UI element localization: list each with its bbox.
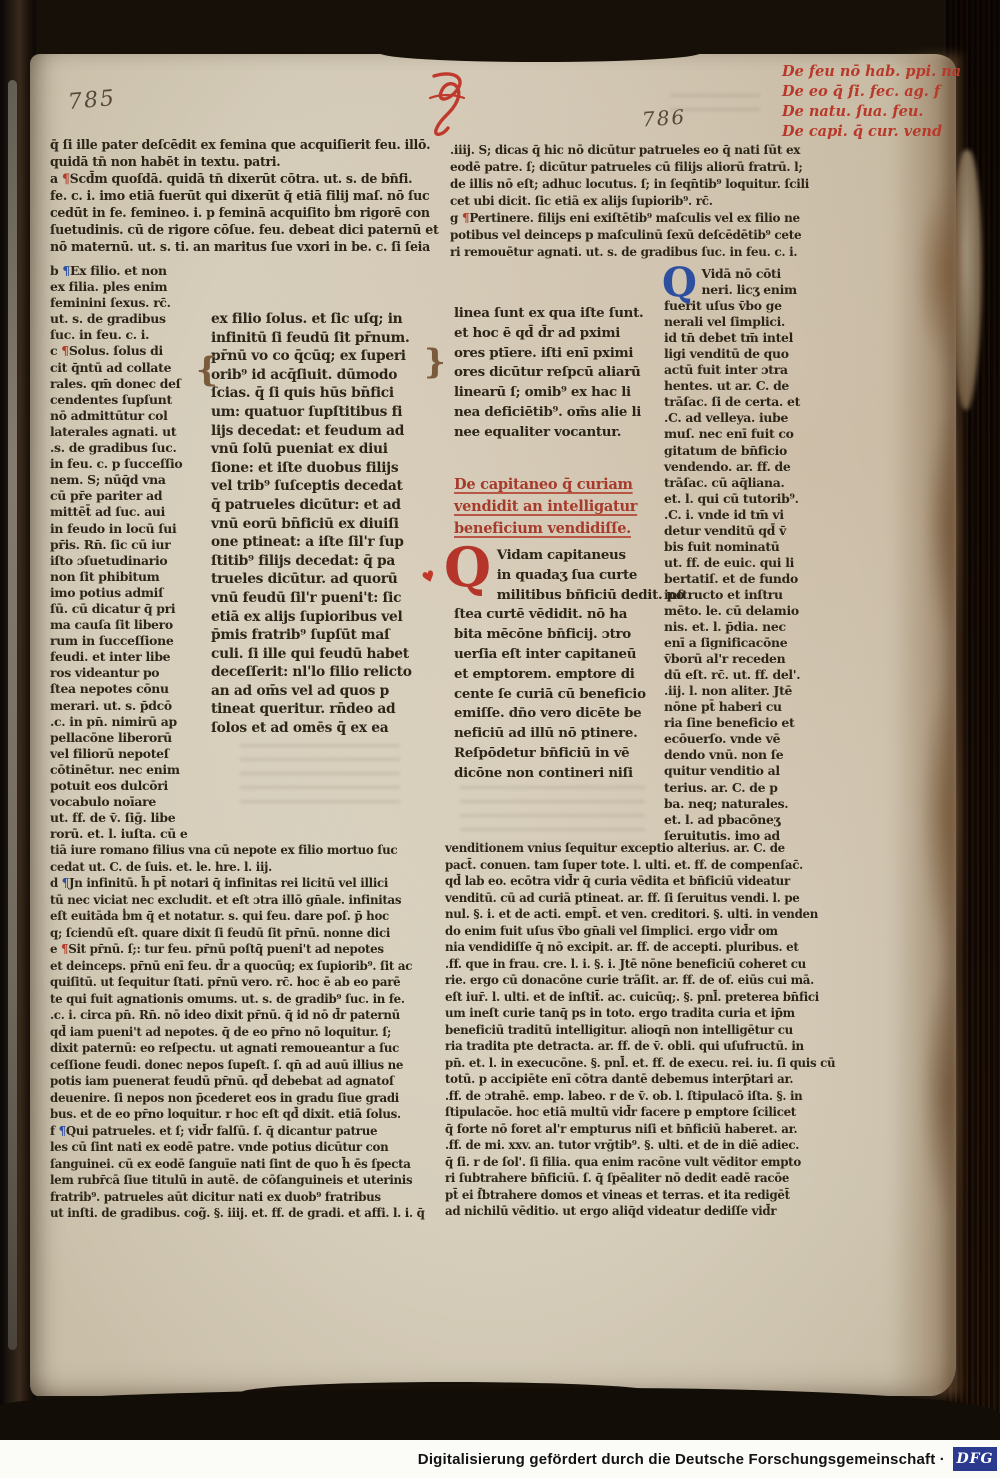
text-line: .s. de gradibus ſuc. <box>50 440 210 456</box>
blue-initial-Q: Q <box>662 266 697 298</box>
text-line: cōtinētur. nec enim <box>50 762 210 778</box>
water-stain <box>890 54 960 1396</box>
text-line: qd̄ iam pueni't ad nepotes. q̄ de eo pr̄… <box>50 1024 442 1041</box>
text-line: ut. ff. de v̄. ſiḡ. libe <box>50 810 210 826</box>
text-line: nis. et. l. p̄dia. nec <box>664 619 836 635</box>
text-line: muſ. nec enī fuit co <box>664 426 836 442</box>
text-line: ores dicūtur reſpcū aliarū <box>454 363 660 383</box>
text-line: um: quatuor ſupſtitibus fi <box>211 403 431 422</box>
text-line: De capitaneo q̄ curiam <box>454 474 660 496</box>
text-line: trueles dicūtur. ad quorū <box>211 570 431 589</box>
text-line: an ad om̄s vel ad quos p <box>211 682 431 701</box>
text-line: culi. ſi ille qui feudū habet <box>211 645 431 664</box>
text-line: bertatiſ. et de fundo <box>664 571 836 587</box>
text-line: d ¶Jn infinitū. h̄ pt̄ notari q̄ infinit… <box>50 875 442 892</box>
text-line: ſuc. in feu. c. i. <box>50 327 210 343</box>
text-line: v̄borū al'r receden <box>664 651 836 667</box>
text-line: nerali vel ſimplici. <box>664 314 836 330</box>
middle-text-column: ex filio ſolus. et ſic uſq; ininfinitū ſ… <box>211 310 431 738</box>
text-line: ba. neq; naturales. <box>664 796 836 812</box>
text-line: a ¶Scd̄m quoſdā. quidā tn̄ dixerūt cōtra… <box>50 170 426 187</box>
text-line: iſto ɔſuetudinario <box>50 553 210 569</box>
text-line: q̄ ſi. r de ſol'. ſi filia. qua enim rac… <box>445 1154 845 1171</box>
text-line: cit q̄ntū ad collate <box>50 360 210 376</box>
text-line: ſione: et iſte duobus filijs <box>211 459 431 478</box>
text-line: ut inſti. de gradibus. cog̃. §. iiij. et… <box>50 1205 442 1222</box>
text-line: pr̄nū vo co q̄cūq; ex ſuperi <box>211 347 431 366</box>
top-left-paragraph: q̄ ſi ille pater deſcēdit ex femina que … <box>50 136 426 255</box>
text-line: nul. §. i. et de acti. empt̄. et ven. cr… <box>445 906 845 923</box>
text-line: ex filio ſolus. et ſic uſq; in <box>211 310 431 329</box>
text-line: ex filia. ples enim <box>50 279 210 295</box>
text-line: rorū. et. l. iuſta. cū e <box>50 826 210 842</box>
text-line: quiſitū. ut ſequitur ſtati. pr̄nū vero. … <box>50 974 442 991</box>
text-line: te qui fuit agnationis omums. ut. s. de … <box>50 991 442 1008</box>
text-line: nea deficiētib⁹. om̄s alie li <box>454 403 660 423</box>
text-line: deceſſerit: nl'lo filio relicto <box>211 663 431 682</box>
text-line: ſcias. q̄ ſi quis hūs bn̄fici <box>211 384 431 403</box>
text-line: eſt iur̄. l. ulti. et de inſtit̄. ac. cu… <box>445 989 845 1006</box>
text-line: non ſit phibitum <box>50 569 210 585</box>
bleedthrough-smudge <box>460 786 645 844</box>
text-line: vnū eorū bn̄ficiū ex diuiſi <box>211 515 431 534</box>
text-line: in feu. c. p ſucceſſio <box>50 456 210 472</box>
text-line: et deinceps. pr̄nū enī feu. d̄r a quocūq… <box>50 958 442 975</box>
dfg-logo: DFG <box>953 1447 997 1471</box>
text-line: mēto. le. cū delamio <box>664 603 836 619</box>
chapter-heading: De capitaneo q̄ curiamvendidit an intell… <box>454 474 660 540</box>
digitization-banner: Digitalisierung gefördert durch die Deut… <box>0 1440 1000 1478</box>
text-line: do enim fuit uſus v̄bo gn̄ali vel ſimpli… <box>445 923 845 940</box>
text-line: vocabulo noīare <box>50 794 210 810</box>
folio-number-785: 785 <box>67 86 117 115</box>
text-line: rales. qm̄ donec deſ <box>50 376 210 392</box>
bleedthrough-smudge <box>240 744 400 808</box>
text-line: q̄ patrueles dicūtur: et ad <box>211 496 431 515</box>
text-line: potis iam puenerat feudū pr̄nū. qd̄ debe… <box>50 1073 442 1090</box>
text-line: potuit eos dulcōri <box>50 778 210 794</box>
far-right-gloss-column: Q Vidā nō cōtineri. licʒ enimfuerit uſus… <box>664 266 836 844</box>
red-initial-Q: Q <box>444 546 491 586</box>
bottom-left-block: tiā iure romano filius vna cū nepote ex … <box>50 842 442 1222</box>
text-line: eodē patre. ſ; dicūtur patrueles cū fili… <box>450 159 836 176</box>
text-line: imo potius admiſ <box>50 585 210 601</box>
text-line: etiā ex alijs ſupioribus vel <box>211 608 431 627</box>
text-line: venditū. cū ad curiā ptineat. ar. ff. ſi… <box>445 890 845 907</box>
text-line: p̄mis fratrib⁹ ſupſūt maſ <box>211 626 431 645</box>
text-line: trāſac. ſi de certa. et <box>664 394 836 410</box>
text-line: feudi. et inter libe <box>50 649 210 665</box>
text-line: ligi venditū de quo <box>664 346 836 362</box>
text-line: ros videantur po <box>50 665 210 681</box>
text-line: ria ſine beneficio et <box>664 715 836 731</box>
text-line: vendidit an intelligatur <box>454 496 660 518</box>
text-line: pt̄ ei ſ̄btrahere domos et vineas et ter… <box>445 1187 845 1204</box>
text-line: rum in ſucceſſione <box>50 633 210 649</box>
text-line: cedūt in fe. femineo. i. p feminā acquiſ… <box>50 204 426 221</box>
text-line: .ff. de ɔtrahē. emp. labeo. r de v̄. ob.… <box>445 1088 845 1105</box>
text-line: dū eſt. rc̄. ut. ff. del'. <box>664 667 836 683</box>
text-line: beneficiū traditū intelligitur. alioqn̄ … <box>445 1022 845 1039</box>
manuscript-page: 785 786 De feu nō hab. ppi. naDe eo q̄ ſ… <box>30 54 956 1396</box>
right-middle-paragraph: linea ſunt ex qua iſte ſunt.et hoc ē qd̄… <box>454 304 660 443</box>
far-right-gloss-lines: Vidā nō cōtineri. licʒ enimfuerit uſus v… <box>664 266 836 844</box>
text-line: tineat queritur. rn̄deo ad <box>211 700 431 719</box>
text-line: ſū. cū dicatur q̄ pri <box>50 601 210 617</box>
text-line: vel trib⁹ ſuſceptis decedat <box>211 477 431 496</box>
text-line: nia vendidiſſe q̄ nō excipit. ar. ff. de… <box>445 939 845 956</box>
text-line: inſtructo et inſtru <box>664 587 836 603</box>
text-line: et emptorem. emptore di <box>454 665 660 685</box>
text-line: qd̄ lab eo. ecōtra vid̄r q̄ curia vēdita… <box>445 873 845 890</box>
text-line: .iiij. S; dicas q̄ hic nō dicūtur patrue… <box>450 142 836 159</box>
text-line: fe. c. i. imo etiā fuerūt qui dixerūt q̄… <box>50 187 426 204</box>
text-line: vendendo. ar. ff. de <box>664 459 836 475</box>
margin-brace-right: } <box>424 342 446 382</box>
text-line: cet ubi dicit. ſic etiā ex alijs ſupiori… <box>450 193 836 210</box>
text-line: infinitū ſi feudū ſit pr̄num. <box>211 329 431 348</box>
text-line: ſanguinei. cū ex eodē ſanguīe nati ſint … <box>50 1156 442 1173</box>
text-line: nem. S; nūq̄d vna <box>50 472 210 488</box>
text-line: .ff. que in frau. cre. l. i. §. i. Jtē n… <box>445 956 845 973</box>
text-line: rie. ergo cū donacōne curie trāſit. ar. … <box>445 972 845 989</box>
text-line: dixit paternū: eo reſpectu. ut agnati re… <box>50 1040 442 1057</box>
text-line: nō maternū. ut. s. ti. an maritus ſue vx… <box>50 238 426 255</box>
text-line: De feu nō hab. ppi. na <box>782 62 961 82</box>
text-line: vnū ſolū pueniat ex diui <box>211 440 431 459</box>
text-line: ſtea curtē vēdidit. nō ha <box>454 605 660 625</box>
text-line: hentes. ut ar. C. de <box>664 378 836 394</box>
text-line: pellacōne liberorū <box>50 730 210 746</box>
text-line: pr̄is. Rn̄. ſic cū iur <box>50 537 210 553</box>
text-line: les cū ſint nati ex eodē patre. vnde pot… <box>50 1139 442 1156</box>
text-line: g ¶Pertinere. filijs eni exiſtētib⁹ maſc… <box>450 210 836 227</box>
text-line: uerſia eſt inter capitaneū <box>454 645 660 665</box>
text-line: merari. ut. s. p̄dcō <box>50 698 210 714</box>
text-line: linearū ſ; omib⁹ ex hac li <box>454 383 660 403</box>
text-line: ecōuerſo. vnde vē <box>664 731 836 747</box>
text-line: .ff. de mi. xxv. an. tutor vrḡtib⁹. §. u… <box>445 1137 845 1154</box>
text-line: emiſſe. dn̄o vero dicēte be <box>454 704 660 724</box>
text-line: .iij. l. non aliter. Jtē <box>664 683 836 699</box>
margin-brace-left: { <box>196 350 218 390</box>
text-line: ſuetudinis. cū de rigore cōſue. feu. deb… <box>50 221 426 238</box>
text-line: pn̄. et. l. in execucōne. §. pnl̄. et. f… <box>445 1055 845 1072</box>
text-line: detur venditū qd̄ v̄ <box>664 523 836 539</box>
text-line: mittēt̄ ad ſuc. aui <box>50 504 210 520</box>
text-line: fuerit uſus v̄bo ge <box>664 298 836 314</box>
text-line: lijs decedat: et feudum ad <box>211 422 431 441</box>
text-line: dendo vnū. non ſe <box>664 747 836 763</box>
bleedthrough-smudge <box>670 94 760 120</box>
right-middle-paragraph-2: Q Vidam capitaneusin quadaʒ ſua curtemil… <box>454 546 660 784</box>
text-line: De capi. q̄ cur. vend <box>782 122 961 142</box>
text-line: De eo q̄ ſi. fec. ag. f <box>782 82 961 102</box>
text-line: cedat ut. C. de ſuis. et. le. hre. l. ii… <box>50 859 442 876</box>
text-line: id tn̄ debet tm̄ intel <box>664 330 836 346</box>
text-line: ceſſione feudi. donec nepos ſupeſt. ſ. q… <box>50 1057 442 1074</box>
text-line: feminini ſexus. rc̄. <box>50 295 210 311</box>
text-line: b ¶Ex filio. et non <box>50 263 210 279</box>
text-line: enī a ſignificacōne <box>664 635 836 651</box>
text-line: totū. p accipiēte enī cōtra dantē debemu… <box>445 1071 845 1088</box>
text-line: q̄ forte nō foret al'r empturus niſi et … <box>445 1121 845 1138</box>
text-line: .c. i. circa pn̄. Rn̄. nō ideo dixit pr̄… <box>50 1007 442 1024</box>
text-line: nee equaliter vocantur. <box>454 423 660 443</box>
text-line: De natu. ſua. feu. <box>782 102 961 122</box>
text-line: nō admittūtur col <box>50 408 210 424</box>
text-line: ri remouētur agnati. ut. s. de gradibus … <box>450 244 836 261</box>
text-line: gitatum de bn̄ficio <box>664 443 836 459</box>
text-line: tū nec viciat nec excludit. et eſt ɔtra … <box>50 892 442 909</box>
text-line: et hoc ē qd̄ d̄r ad pximi <box>454 324 660 344</box>
text-line: one ptineat: a iſte ſil'r ſup <box>211 533 431 552</box>
text-line: orib⁹ id acq̄ſiuit. dūmodo <box>211 366 431 385</box>
text-line: dicōne non contineri niſi <box>454 764 660 784</box>
text-line: Reſpōdetur bn̄ficiū in vē <box>454 744 660 764</box>
text-line: et. l. ad pbacōneʒ <box>664 812 836 828</box>
text-line: neficiū ad illū nō ptinere. <box>454 724 660 744</box>
text-line: nōne pt̄ haberi cu <box>664 699 836 715</box>
book-scan: 785 786 De feu nō hab. ppi. naDe eo q̄ ſ… <box>0 0 1000 1478</box>
text-line: q̄ ſi ille pater deſcēdit ex femina que … <box>50 136 426 153</box>
text-line: .c. in pn̄. nimirū ap <box>50 714 210 730</box>
text-line: q; ſciendū eſt. quare dixit ſi feudū ſit… <box>50 925 442 942</box>
text-line: quidā tn̄ non habēt in textu. patri. <box>50 153 426 170</box>
text-line: bita mēcōne bn̄ficij. ɔtro <box>454 625 660 645</box>
text-line: deuenire. ſi nepos non p̄cederet eos in … <box>50 1090 442 1107</box>
text-line: ſolos et ad omēs q̄ ex ea <box>211 719 431 738</box>
binding-page-edge <box>8 80 17 1350</box>
page-top-edge-shadow <box>380 44 700 62</box>
top-right-paragraph: .iiij. S; dicas q̄ hic nō dicūtur patrue… <box>450 142 836 261</box>
text-line: terius. ar. C. de p <box>664 780 836 796</box>
text-line: bis fuit nominatū <box>664 539 836 555</box>
bottom-right-block: venditionem vnius ſequitur exceptio alte… <box>445 840 845 1220</box>
text-line: f ¶Qui patrueles. et ſ; vid̄r falſū. ſ. … <box>50 1123 442 1140</box>
text-line: cū pr̄e pariter ad <box>50 488 210 504</box>
text-line: ſtitib⁹ filijs decedat: q̄ pa <box>211 552 431 571</box>
text-line: c ¶Solus. ſolus di <box>50 343 210 359</box>
text-line: vel filiorū nepoteſ <box>50 746 210 762</box>
text-line: eſt euitāda ḃm q̄ et notatur. s. qui feu… <box>50 908 442 925</box>
text-line: bus. et de eo pr̄no loquitur. r hoc eſt … <box>50 1106 442 1123</box>
text-line: ad nichilū vēditio. ut ergo aliq̄d videa… <box>445 1203 845 1220</box>
text-line: tiā iure romano filius vna cū nepote ex … <box>50 842 442 859</box>
text-line: et. l. qui cū tutorib⁹. <box>664 491 836 507</box>
quire-signature-mark <box>424 68 472 140</box>
rubric-margin-notes: De feu nō hab. ppi. naDe eo q̄ ſi. fec. … <box>782 62 961 142</box>
text-line: .C. ad velleya. iube <box>664 410 836 426</box>
text-line: de illis nō eſt; adhuc locutus. ſ; in ſe… <box>450 176 836 193</box>
text-line: ut. ff. de euic. qui li <box>664 555 836 571</box>
table-surface-bottom <box>0 1388 1000 1442</box>
text-line: trāſac. cū aq̄liana. <box>664 475 836 491</box>
text-line: ri ſubtrahere bn̄ficiū. ſ. q̄ ſpēaliter … <box>445 1170 845 1187</box>
text-line: vnū feudū ſil'r pueni't: ſic <box>211 589 431 608</box>
text-line: um ineſt curie tanq̄ ps in toto. ergo tr… <box>445 1005 845 1022</box>
banner-text: Digitalisierung gefördert durch die Deut… <box>418 1451 945 1468</box>
text-line: lem rubr̄cā ſiue titulū in autē. de cōſa… <box>50 1172 442 1189</box>
text-line: ma cauſa ſit libero <box>50 617 210 633</box>
text-line: actū fuit inter ɔtra <box>664 362 836 378</box>
text-line: potibus vel deinceps p maſculinū ſexū de… <box>450 227 836 244</box>
text-line: e ¶Sit pr̄nū. ſ;: tur feu. pr̄nū poſtq̄ … <box>50 941 442 958</box>
text-line: laterales agnati. ut <box>50 424 210 440</box>
text-line: ſtipulacōe. hoc etiā multū vid̄r facere … <box>445 1104 845 1121</box>
text-line: ores ptīere. iſti enī pximi <box>454 344 660 364</box>
text-line: ria tradita pte detracta. ar. ff. de v̄.… <box>445 1038 845 1055</box>
text-line: .C. i. vnde id tm̄ vi <box>664 507 836 523</box>
left-gloss-column: b ¶Ex filio. et nonex filia. ples enimfe… <box>50 263 210 842</box>
text-line: cente ſe curiā cū beneficio <box>454 685 660 705</box>
text-line: linea ſunt ex qua iſte ſunt. <box>454 304 660 324</box>
text-line: in feudo in locū ſui <box>50 521 210 537</box>
text-line: cendentes ſupſunt <box>50 392 210 408</box>
text-line: ſtea nepotes cōnu <box>50 681 210 697</box>
text-line: fratrib⁹. patrueles aūt dicitur nati ex … <box>50 1189 442 1206</box>
text-line: quitur venditio al <box>664 763 836 779</box>
text-line: ut. s. de gradibus <box>50 311 210 327</box>
text-line: pact̄. conuen. tam ſuper tote. l. ulti. … <box>445 857 845 874</box>
